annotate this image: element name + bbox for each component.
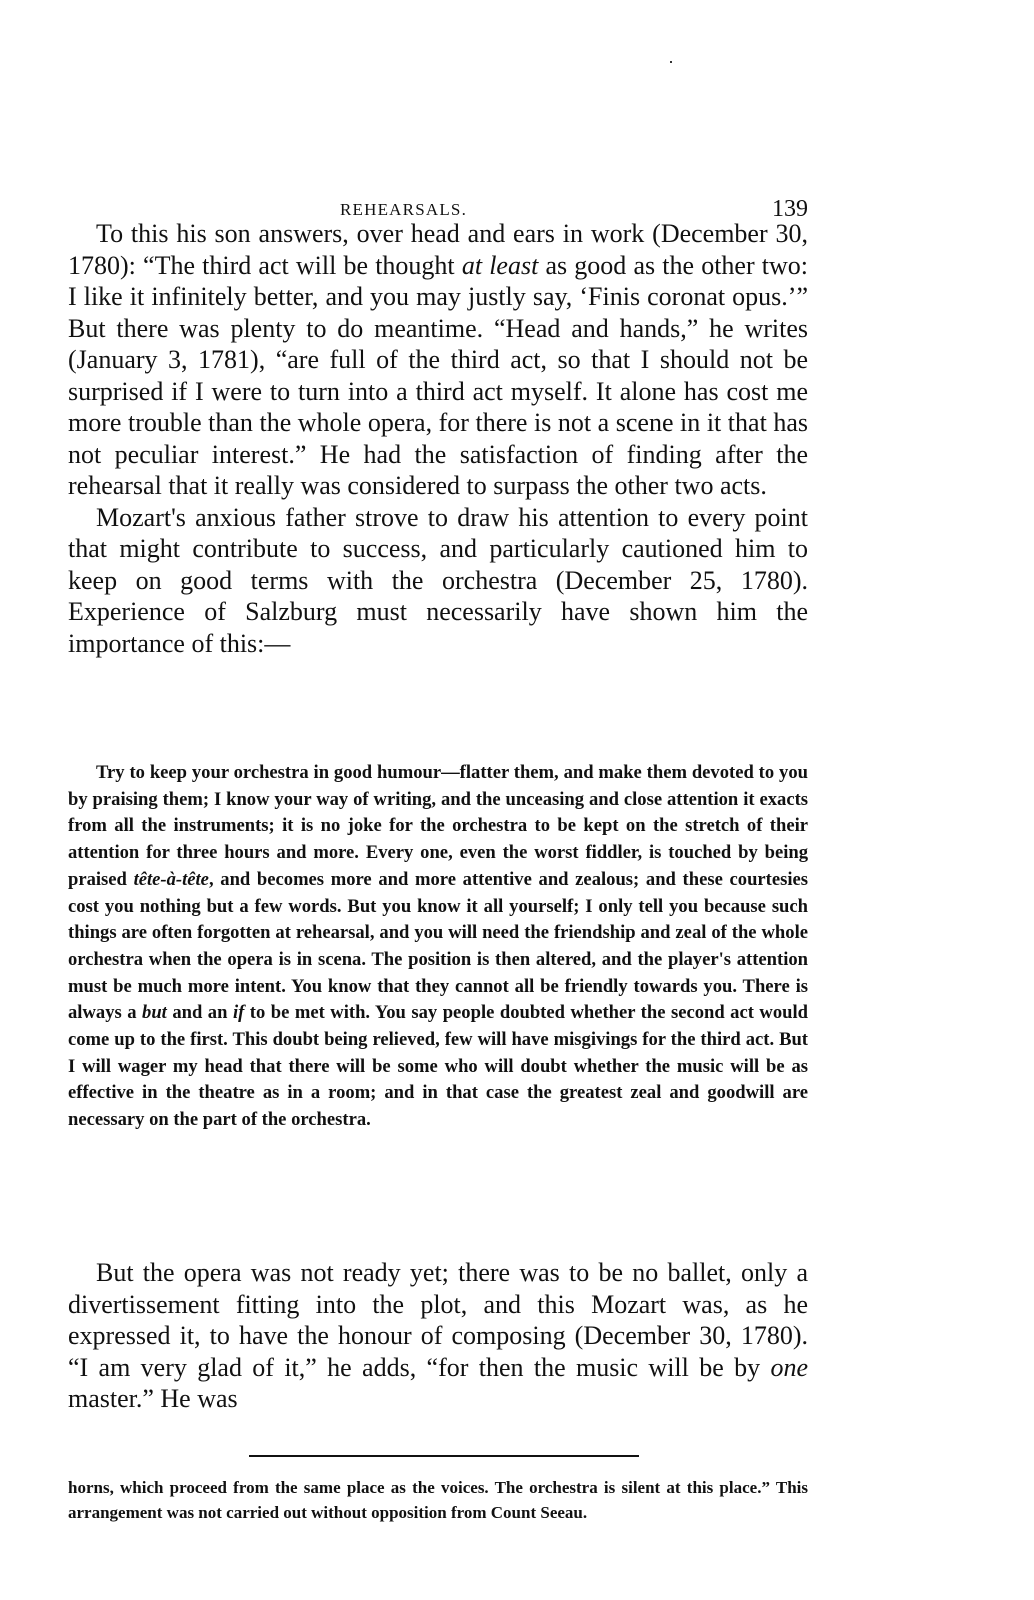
text-run: , and becomes more and more attentive an… xyxy=(68,869,808,1024)
main-text: To this his son answers, over head and e… xyxy=(68,218,808,659)
italic-run: if xyxy=(233,1002,244,1023)
footnote-divider xyxy=(249,1455,639,1457)
text-run: But the opera was not ready yet; there w… xyxy=(68,1258,808,1382)
scan-speck xyxy=(670,61,672,63)
paragraph-2: Mozart's anxious father strove to draw h… xyxy=(68,502,808,660)
italic-run: but xyxy=(142,1002,167,1023)
quote-paragraph: Try to keep your orchestra in good humou… xyxy=(68,760,808,1134)
footnote-area: horns, which proceed from the same place… xyxy=(68,1476,808,1525)
running-head: REHEARSALS. xyxy=(340,200,467,220)
main-text-continued: But the opera was not ready yet; there w… xyxy=(68,1257,808,1415)
italic-run: at least xyxy=(462,251,539,280)
italic-run: one xyxy=(770,1353,808,1382)
text-run: and an xyxy=(167,1002,233,1023)
footnote-text: horns, which proceed from the same place… xyxy=(68,1476,808,1525)
text-run: master.” He was xyxy=(68,1384,238,1413)
text-run: as good as the other two: I like it infi… xyxy=(68,251,808,501)
italic-run: tête-à-tête xyxy=(134,869,209,890)
paragraph-1: To this his son answers, over head and e… xyxy=(68,218,808,502)
paragraph-3: But the opera was not ready yet; there w… xyxy=(68,1257,808,1415)
block-quote: Try to keep your orchestra in good humou… xyxy=(68,760,808,1134)
